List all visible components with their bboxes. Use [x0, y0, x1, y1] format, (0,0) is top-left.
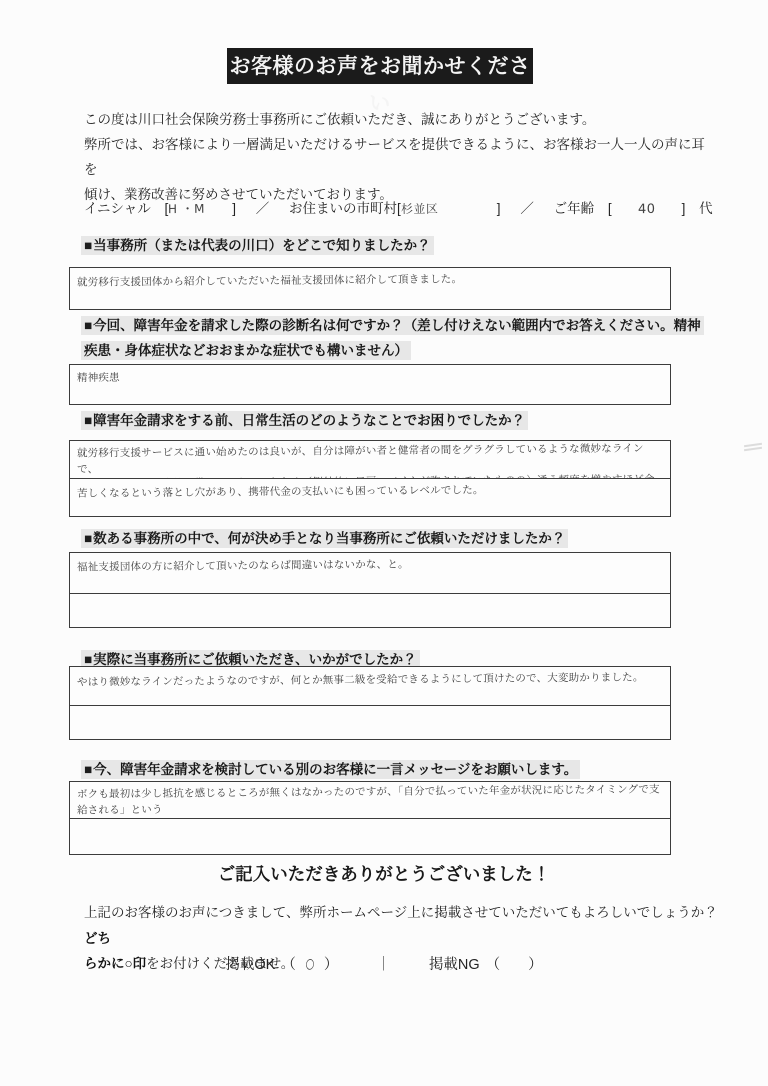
intro-paragraph: この度は川口社会保険労務士事務所にご依頼いただき、誠にありがとうございます。 弊…: [84, 107, 714, 207]
answer-cell: 福祉支援団体の方に紹介して頂いたのならば間違いはないかな、と。: [70, 553, 670, 593]
separator-slash: ／: [256, 201, 270, 216]
answer-cell: [70, 593, 670, 627]
initial-label: イニシャル: [84, 201, 151, 216]
handwritten-age-value: 40: [638, 202, 655, 217]
square-bullet-icon: ■: [84, 531, 92, 546]
handwritten-answer-4: 福祉支援団体の方に紹介して頂いたのならば間違いはないかな、と。: [77, 558, 409, 576]
question-5-answer-box: やはり微妙なラインだったようなのですが、何とか無事二級を受給できるようにして頂け…: [69, 666, 671, 740]
square-bullet-icon: ■: [84, 652, 92, 667]
consent-line-1: 上記のお客様のお声につきまして、弊所ホームページ上に掲載させていただいてもよろし…: [84, 900, 729, 951]
question-2-label-line2: 疾患・身体症状などおおまかな症状でも構いません）: [81, 341, 411, 360]
square-bullet-icon: ■: [84, 318, 92, 333]
paren-close: ）: [324, 953, 339, 974]
question-4-heading: ■数ある事務所の中で、何が決め手となり当事務所にご依頼いただけましたか？: [81, 526, 726, 551]
page-title: お客様のお声をお聞かせください: [230, 55, 531, 115]
bracket-close: ]: [232, 201, 236, 216]
bracket-close: ]: [497, 201, 501, 216]
question-3-heading: ■障害年金請求をする前、日常生活のどのようなことでお困りでしたか？: [81, 408, 726, 433]
answer-cell: やはり微妙なラインだったようなのですが、何とか無事二級を受給できるようにして頂け…: [70, 667, 670, 705]
answer-cell: [70, 705, 670, 739]
question-2-label-line1: 今回、障害年金を請求した際の診断名は何ですか？（差し付けえない範囲内でお答えくだ…: [93, 318, 701, 333]
options-divider: ｜: [376, 953, 391, 974]
question-1-answer-box: 就労移行支援団体から紹介していただいた福祉支援団体に紹介して頂きました。: [69, 267, 671, 310]
intro-line: 弊所では、お客様により一層満足いただけるサービスを提供できるように、お客様お一人…: [84, 132, 714, 182]
answer-cell: [70, 818, 670, 854]
consent-options-row: 掲載OK （ ○ ） ｜ 掲載NG （ ）: [84, 953, 684, 974]
handwritten-initial-value: H ・M: [168, 200, 205, 217]
question-4-label: 数ある事務所の中で、何が決め手となり当事務所にご依頼いただけましたか？: [93, 531, 565, 546]
bracket-close: ]: [682, 201, 686, 216]
handwritten-answer-2: 精神疾患: [77, 371, 120, 387]
title-banner: お客様のお声をお聞かせください: [227, 48, 533, 84]
age-suffix: 代: [699, 201, 713, 216]
square-bullet-icon: ■: [84, 762, 92, 777]
handwritten-answer-1: 就労移行支援団体から紹介していただいた福祉支援団体に紹介して頂きました。: [77, 272, 462, 291]
question-6-label: 今、障害年金請求を検討している別のお客様に一言メッセージをお願いします。: [93, 762, 577, 777]
question-2-heading: ■今回、障害年金を請求した際の診断名は何ですか？（差し付けえない範囲内でお答えく…: [81, 313, 726, 363]
scan-artifact: [744, 444, 762, 452]
publish-ok-label: 掲載OK: [225, 953, 275, 974]
separator-slash: ／: [520, 201, 534, 216]
paren-open: （: [281, 953, 296, 974]
handwritten-city-value: 杉並区: [401, 200, 438, 217]
city-label: お住まいの市町村: [289, 201, 397, 216]
question-6-heading: ■今、障害年金請求を検討している別のお客様に一言メッセージをお願いします。: [81, 757, 726, 782]
square-bullet-icon: ■: [84, 238, 92, 253]
answer-cell: 苦しくなるという落とし穴があり、携帯代金の支払いにも困っているレベルでした。: [70, 478, 670, 516]
question-1-heading: ■当事務所（または代表の川口）をどこで知りましたか？: [81, 233, 726, 258]
answer-cell: 就労移行支援サービスに通い始めたのは良いが、自分は障がい者と健常者の間をグラグラ…: [70, 441, 670, 478]
intro-line: この度は川口社会保険労務士事務所にご依頼いただき、誠にありがとうございます。: [84, 107, 714, 132]
question-3-label: 障害年金請求をする前、日常生活のどのようなことでお困りでしたか？: [93, 413, 525, 428]
scanned-feedback-form: お客様のお声をお聞かせください この度は川口社会保険労務士事務所にご依頼いただき…: [0, 0, 768, 1086]
age-label: ご年齢: [554, 201, 595, 216]
handwritten-answer-5: やはり微妙なラインだったようなのですが、何とか無事二級を受給できるようにして頂け…: [77, 671, 644, 691]
question-4-answer-box: 福祉支援団体の方に紹介して頂いたのならば間違いはないかな、と。: [69, 552, 671, 628]
paren-close: ）: [528, 953, 543, 974]
question-3-answer-box: 就労移行支援サービスに通い始めたのは良いが、自分は障がい者と健常者の間をグラグラ…: [69, 440, 671, 517]
thanks-heading: ご記入いただきありがとうございました！: [84, 861, 684, 886]
question-1-label: 当事務所（または代表の川口）をどこで知りましたか？: [93, 238, 431, 253]
handwritten-answer-3-line3: 苦しくなるという落とし穴があり、携帯代金の支払いにも困っているレベルでした。: [77, 483, 484, 502]
square-bullet-icon: ■: [84, 413, 92, 428]
paren-open: （: [486, 953, 501, 974]
publish-ok-option: 掲載OK （ ○ ）: [225, 953, 338, 974]
question-5-label: 実際に当事務所にご依頼いただき、いかがでしたか？: [93, 652, 416, 667]
handwritten-answer-6-line1: ボクも最初は少し抵抗を感じるところが無くはなかったのですが、「自分で払っていた年…: [77, 782, 663, 818]
profile-row: イニシャル [H ・M] ／ お住まいの市町村[杉並区] ／ ご年齢 [40] …: [84, 197, 724, 217]
question-6-answer-box: ボクも最初は少し抵抗を感じるところが無くはなかったのですが、「自分で払っていた年…: [69, 781, 671, 855]
answer-cell: ボクも最初は少し抵抗を感じるところが無くはなかったのですが、「自分で払っていた年…: [70, 782, 670, 818]
question-2-answer-box: 精神疾患: [69, 364, 671, 405]
publish-ng-option: 掲載NG （ ）: [429, 953, 543, 974]
handwritten-circle-mark: ○: [303, 955, 317, 972]
handwritten-answer-3-line1: 就労移行支援サービスに通い始めたのは良いが、自分は障がい者と健常者の間をグラグラ…: [77, 441, 663, 477]
publish-ng-label: 掲載NG: [429, 953, 480, 974]
